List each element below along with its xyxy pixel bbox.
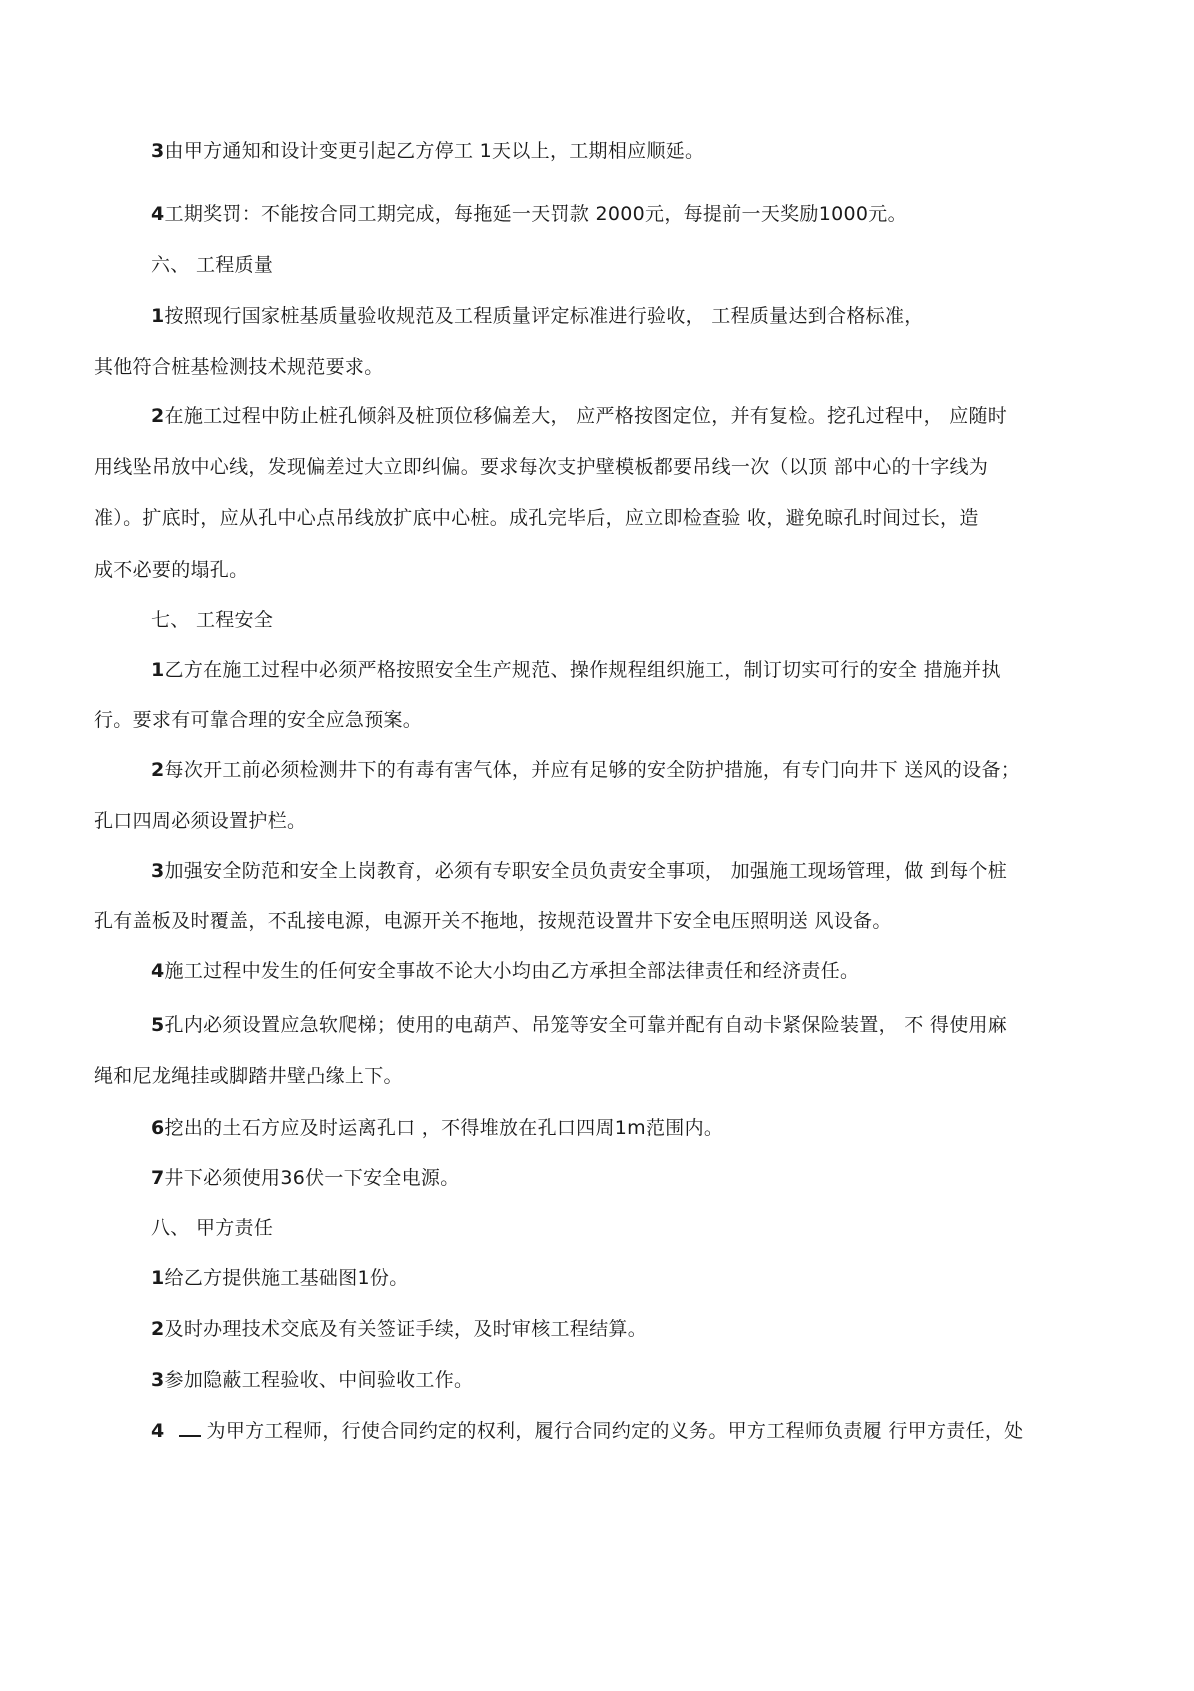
paragraph-line: 1按照现行国家桩基质量验收规范及工程质量评定标准进行验收， 工程质量达到合格标准… — [151, 304, 924, 328]
paragraph-line: 4施工过程中发生的任何安全事故不论大小均由乙方承担全部法律责任和经济责任。 — [151, 959, 859, 983]
paragraph-line: 1给乙方提供施工基础图1份。 — [151, 1266, 409, 1290]
paragraph-line: 用线坠吊放中心线，发现偏差过大立即纠偏。要求每次支护壁模板都要吊线一次（以顶 部… — [94, 455, 988, 479]
section-heading: 八、 甲方责任 — [151, 1216, 273, 1240]
paragraph-line: 3由甲方通知和设计变更引起乙方停工 1天以上，工期相应顺延。 — [151, 139, 704, 163]
paragraph-line: 4为甲方工程师，行使合同约定的权利，履行合同约定的义务。甲方工程师负责履 行甲方… — [151, 1419, 1023, 1443]
paragraph-line: 2及时办理技术交底及有关签证手续，及时审核工程结算。 — [151, 1317, 647, 1341]
paragraph-line: 孔有盖板及时覆盖，不乱接电源，电源开关不拖地，按规范设置井下安全电压照明送 风设… — [94, 909, 892, 933]
paragraph-line: 准）。扩底时，应从孔中心点吊线放扩底中心桩。成孔完毕后，应立即检查验 收，避免晾… — [94, 506, 979, 530]
fill-in-blank — [179, 1419, 201, 1437]
section-heading: 六、 工程质量 — [151, 253, 273, 277]
paragraph-line: 3参加隐蔽工程验收、中间验收工作。 — [151, 1368, 473, 1392]
paragraph-line: 孔口四周必须设置护栏。 — [94, 809, 306, 833]
paragraph-line: 其他符合桩基检测技术规范要求。 — [94, 355, 384, 379]
paragraph-line: 绳和尼龙绳挂或脚踏井壁凸缘上下。 — [94, 1064, 403, 1088]
paragraph-line: 7井下必须使用36伏一下安全电源。 — [151, 1166, 460, 1190]
paragraph-line: 1乙方在施工过程中必须严格按照安全生产规范、操作规程组织施工，制订切实可行的安全… — [151, 658, 1001, 682]
paragraph-line: 成不必要的塌孔。 — [94, 558, 248, 582]
paragraph-line: 6挖出的土石方应及时运离孔口 ，不得堆放在孔口四周1m范围内。 — [151, 1116, 723, 1140]
paragraph-line: 4工期奖罚：不能按合同工期完成，每拖延一天罚款 2000元，每提前一天奖励100… — [151, 202, 907, 226]
paragraph-line: 2在施工过程中防止桩孔倾斜及桩顶位移偏差大， 应严格按图定位，并有复检。挖孔过程… — [151, 404, 1007, 428]
paragraph-line: 2每次开工前必须检测井下的有毒有害气体，并应有足够的安全防护措施，有专门向井下 … — [151, 758, 1020, 782]
paragraph-line: 行。要求有可靠合理的安全应急预案。 — [94, 708, 422, 732]
paragraph-line: 3加强安全防范和安全上岗教育，必须有专职安全员负责安全事项， 加强施工现场管理，… — [151, 859, 1007, 883]
section-heading: 七、 工程安全 — [151, 608, 273, 632]
paragraph-line: 5孔内必须设置应急软爬梯；使用的电葫芦、吊笼等安全可靠并配有自动卡紧保险装置， … — [151, 1013, 1007, 1037]
